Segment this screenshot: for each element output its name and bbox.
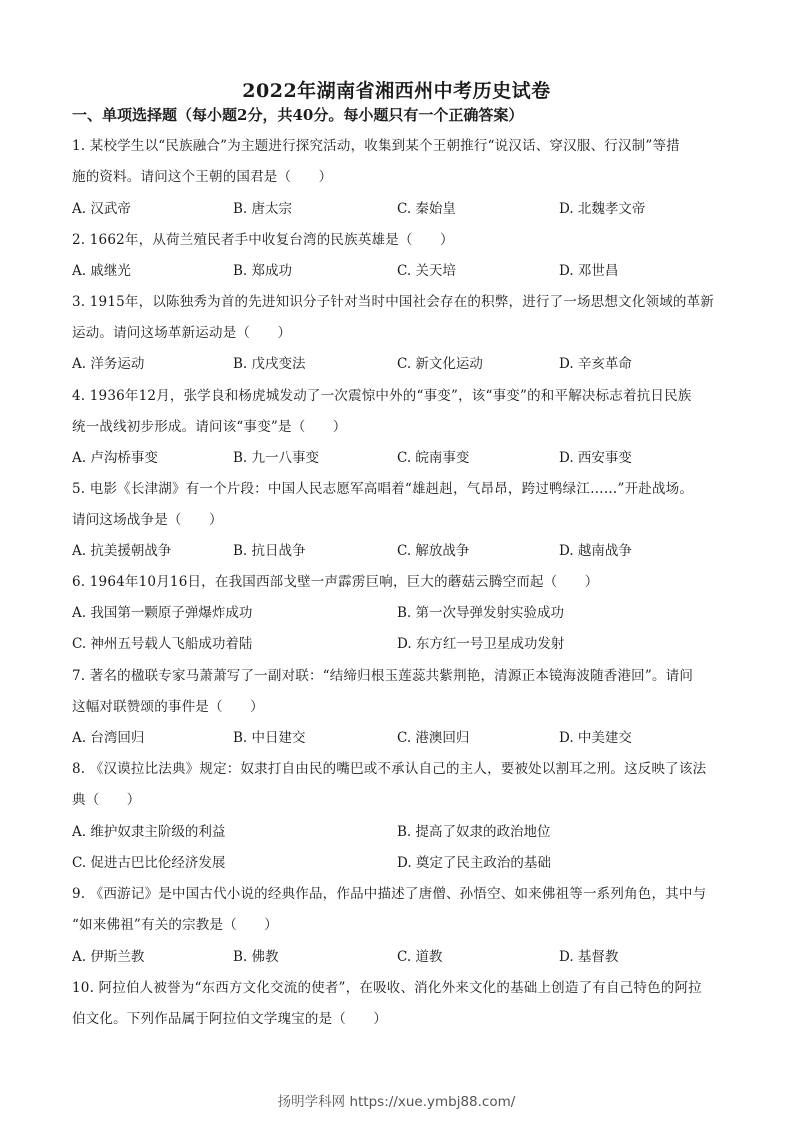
question-8-option-d: D. 奠定了民主政治的基础 [397, 851, 551, 871]
question-1-option-d: D. 北魏孝文帝 [559, 197, 645, 217]
question-9-text-1: 9. 《西游记》是中国古代小说的经典作品，作品中描述了唐僧、孙悟空、如来佛祖等一… [72, 882, 706, 902]
question-2-option-d: D. 邓世昌 [559, 259, 618, 279]
question-8-text-1: 8. 《汉谟拉比法典》规定：奴隶打自由民的嘴巴或不承认自己的主人，要被处以割耳之… [72, 757, 706, 777]
question-7-option-b: B. 中日建交 [233, 726, 306, 746]
question-8-text-2: 典（ ） [72, 788, 141, 808]
question-1-option-a: A. 汉武帝 [72, 197, 131, 217]
question-4-text-2: 统一战线初步形成。请问该“事变”是（ ） [72, 415, 347, 435]
question-9-text-2: “如来佛祖”有关的宗教是（ ） [72, 913, 278, 933]
question-5-option-c: C. 解放战争 [397, 539, 469, 559]
question-5-option-a: A. 抗美援朝战争 [72, 539, 171, 559]
question-7-text-2: 这幅对联赞颂的事件是（ ） [72, 695, 264, 715]
question-4-option-d: D. 西安事变 [559, 446, 632, 466]
question-4-option-a: A. 卢沟桥事变 [72, 446, 158, 466]
question-3-text-1: 3. 1915年，以陈独秀为首的先进知识分子针对当时中国社会存在的积弊，进行了一… [72, 290, 714, 310]
question-5-option-b: B. 抗日战争 [233, 539, 306, 559]
question-9-option-d: D. 基督教 [559, 945, 618, 965]
question-8-option-c: C. 促进古巴比伦经济发展 [72, 851, 225, 871]
question-6-option-a: A. 我国第一颗原子弹爆炸成功 [72, 601, 252, 621]
question-8-option-b: B. 提高了奴隶的政治地位 [397, 820, 551, 840]
question-1-text-2: 施的资料。请问这个王朝的国君是（ ） [72, 165, 332, 185]
question-4-option-b: B. 九一八事变 [233, 446, 319, 466]
question-3-text-2: 运动。请问这场革新运动是（ ） [72, 321, 291, 341]
question-2-option-b: B. 郑成功 [233, 259, 292, 279]
question-2-option-a: A. 戚继光 [72, 259, 131, 279]
question-10-text-2: 伯文化。下列作品属于阿拉伯文学瑰宝的是（ ） [72, 1007, 387, 1027]
question-3-option-c: C. 新文化运动 [397, 352, 483, 372]
question-1-text-1: 1. 某校学生以“民族融合”为主题进行探究活动，收集到某个王朝推行“说汉话、穿汉… [72, 134, 680, 154]
question-1-option-b: B. 唐太宗 [233, 197, 292, 217]
question-3-option-b: B. 戊戌变法 [233, 352, 306, 372]
page-title: 2022年湖南省湘西州中考历史试卷 [0, 76, 793, 103]
question-6-text-1: 6. 1964年10月16日，在我国西部戈壁一声霹雳巨响，巨大的蘑菇云腾空而起（… [72, 570, 598, 590]
question-2-text-1: 2. 1662年，从荷兰殖民者手中收复台湾的民族英雄是（ ） [72, 228, 454, 248]
question-9-option-c: C. 道教 [397, 945, 442, 965]
footer-watermark: 扬明学科网 https://xue.ymbj88.com/ [0, 1090, 793, 1110]
question-6-option-b: B. 第一次导弹发射实验成功 [397, 601, 564, 621]
question-10-text-1: 10. 阿拉伯人被誉为“东西方文化交流的使者”，在吸收、消化外来文化的基础上创造… [72, 976, 702, 996]
question-4-text-1: 4. 1936年12月，张学良和杨虎城发动了一次震惊中外的“事变”，该“事变”的… [72, 384, 692, 404]
question-3-option-a: A. 洋务运动 [72, 352, 144, 372]
question-6-option-d: D. 东方红一号卫星成功发射 [397, 632, 564, 652]
question-7-option-a: A. 台湾回归 [72, 726, 144, 746]
question-4-option-c: C. 皖南事变 [397, 446, 469, 466]
question-6-option-c: C. 神州五号载人飞船成功着陆 [72, 632, 252, 652]
question-5-text-2: 请问这场战争是（ ） [72, 508, 223, 528]
question-7-option-c: C. 港澳回归 [397, 726, 469, 746]
section-heading: 一、单项选择题（每小题2分，共40分。每小题只有一个正确答案） [72, 104, 523, 125]
question-7-text-1: 7. 著名的楹联专家马萧萧写了一副对联：“结缔归根玉莲蕊共紫荆艳，清源正本镜海波… [72, 664, 693, 684]
question-8-option-a: A. 维护奴隶主阶级的利益 [72, 820, 225, 840]
question-5-text-1: 5. 电影《长津湖》有一个片段：中国人民志愿军高唱着“雄赳赳，气昂昂，跨过鸭绿江… [72, 477, 693, 497]
question-7-option-d: D. 中美建交 [559, 726, 632, 746]
question-1-option-c: C. 秦始皇 [397, 197, 456, 217]
question-2-option-c: C. 关天培 [397, 259, 456, 279]
question-9-option-a: A. 伊斯兰教 [72, 945, 144, 965]
question-3-option-d: D. 辛亥革命 [559, 352, 632, 372]
question-5-option-d: D. 越南战争 [559, 539, 632, 559]
question-9-option-b: B. 佛教 [233, 945, 279, 965]
